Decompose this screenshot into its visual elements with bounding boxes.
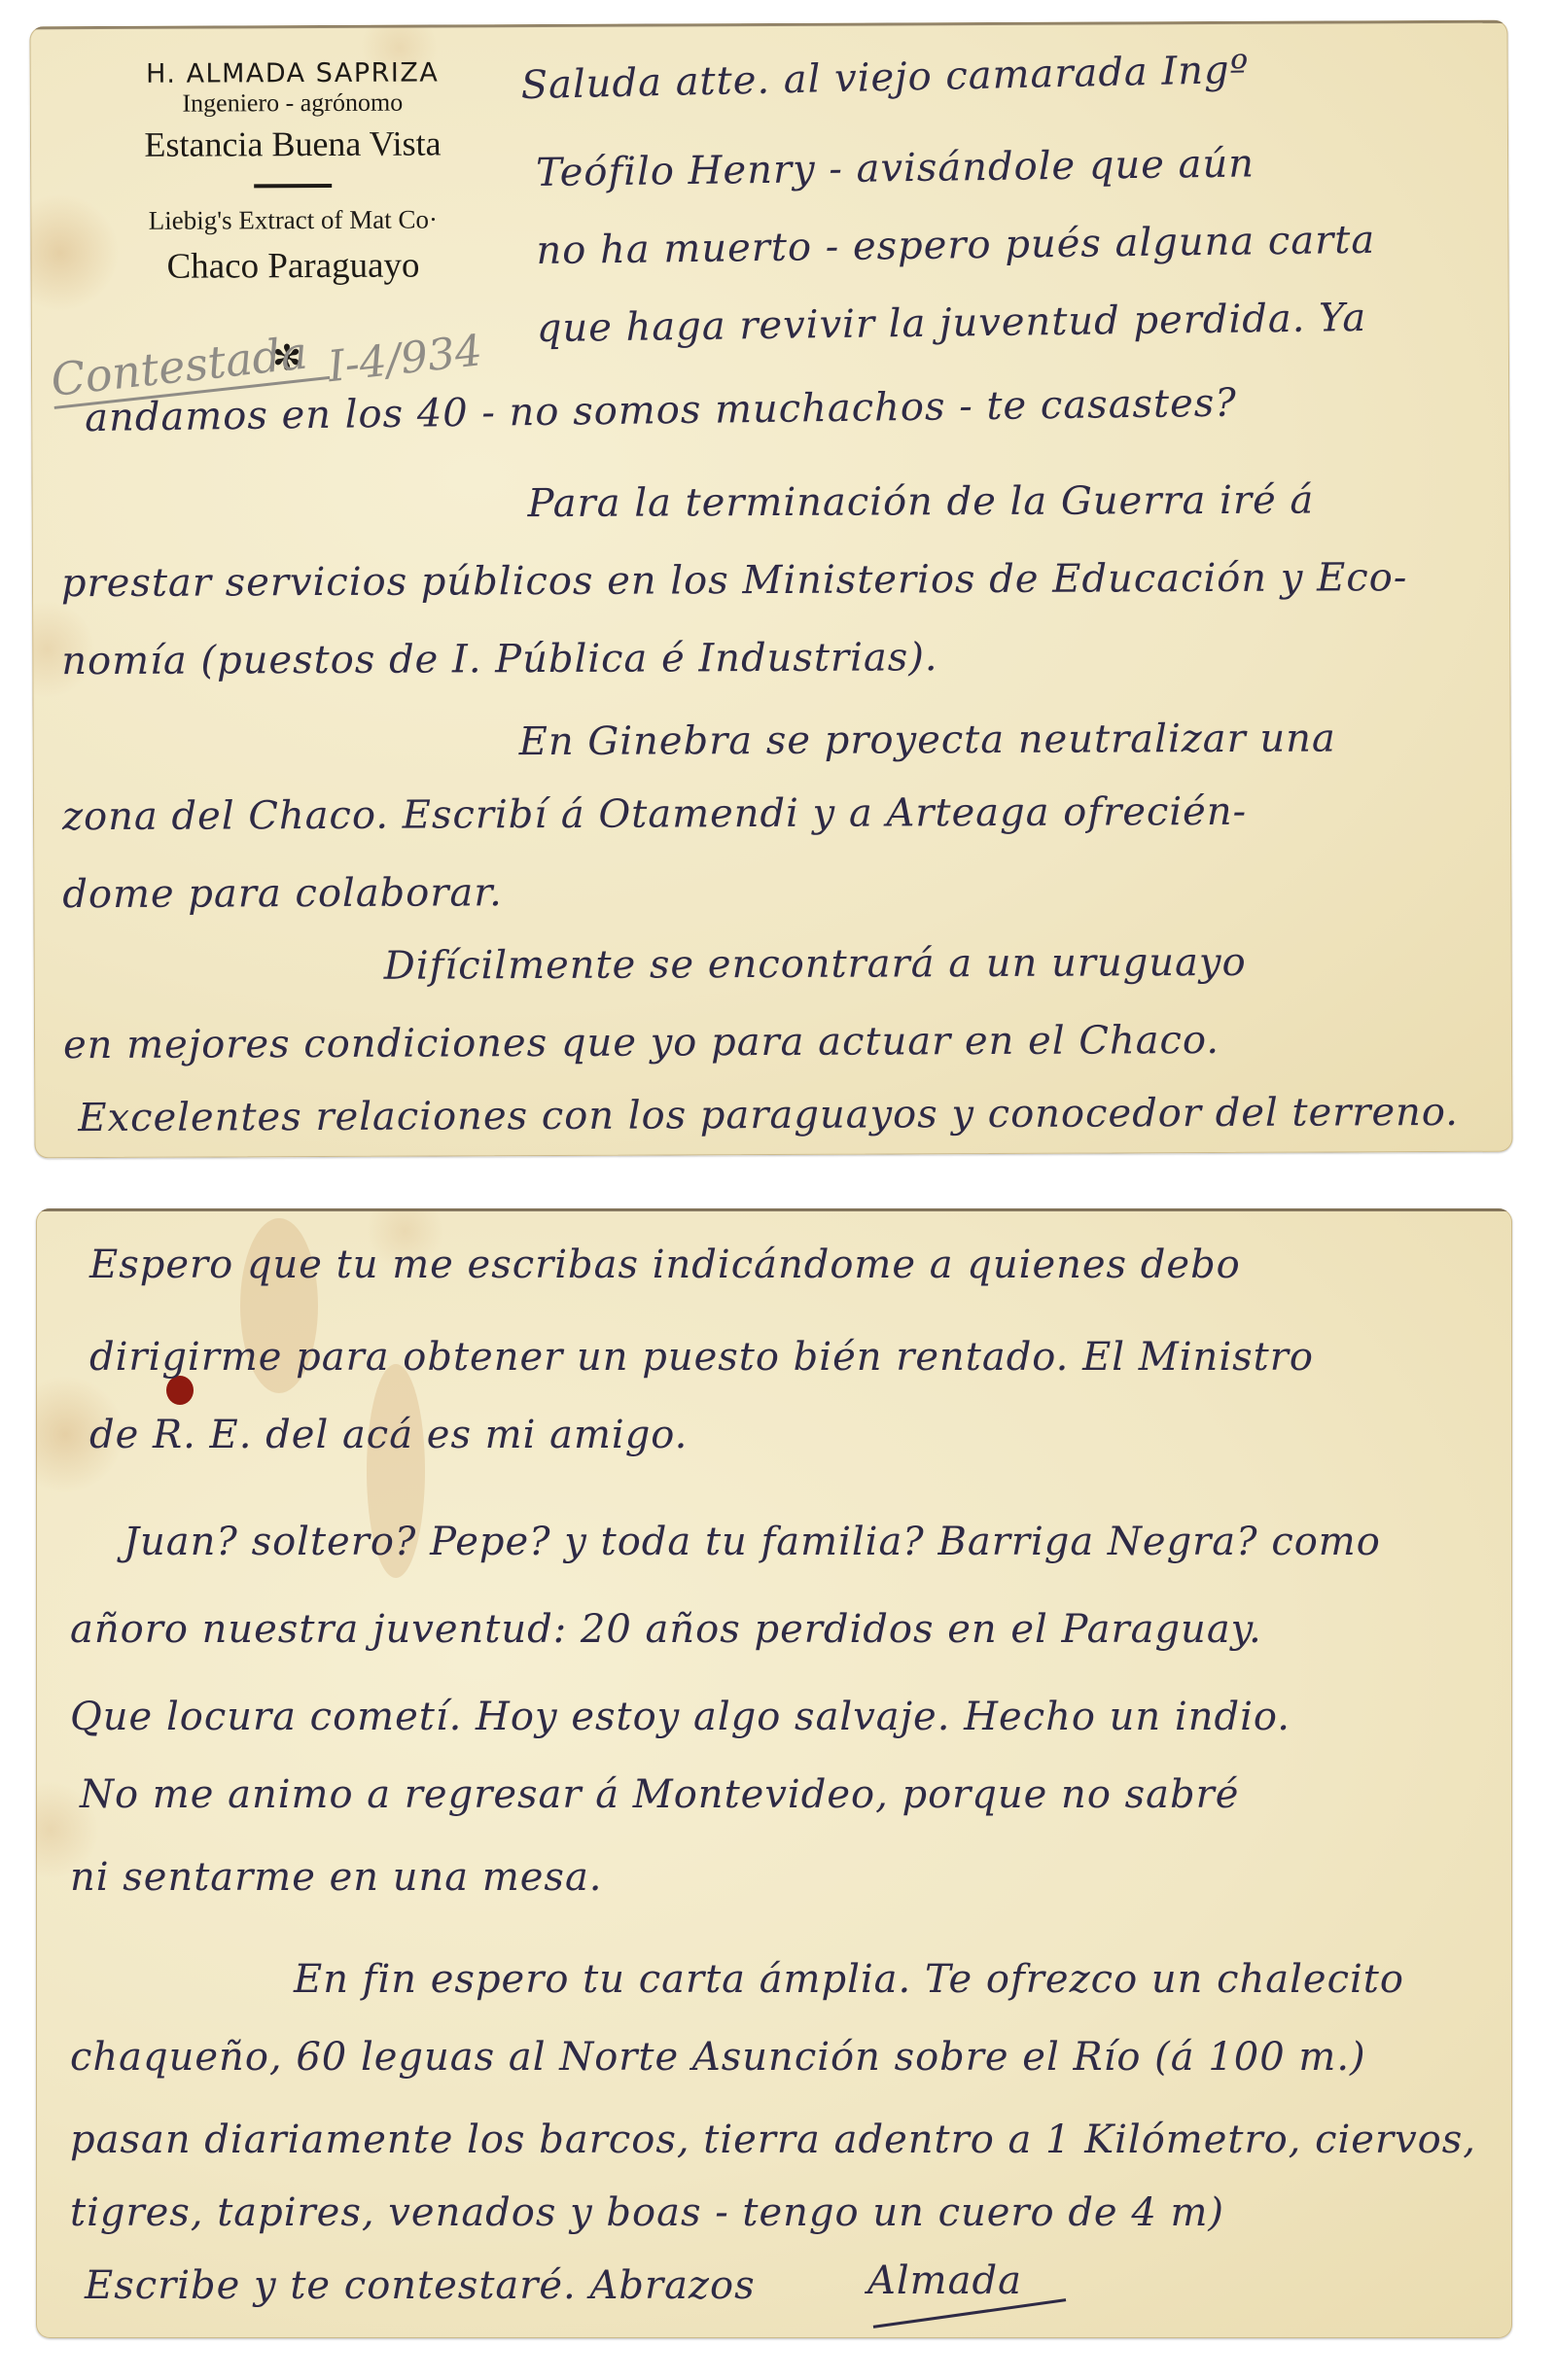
ink-blot	[166, 1376, 194, 1405]
handwritten-line: Escribe y te contestaré. Abrazos	[85, 2263, 756, 2308]
handwritten-line: En fin espero tu carta ámplia. Te ofrezc…	[294, 1957, 1404, 2002]
handwritten-line: nomía (puestos de I. Pública é Industria…	[61, 635, 937, 683]
handwritten-line: No me animo a regresar á Montevideo, por…	[80, 1772, 1239, 1817]
letterhead-company: Liebig's Extract of Mat Co·	[79, 204, 507, 236]
handwritten-line: Que locura cometí. Hoy estoy algo salvaj…	[70, 1695, 1291, 1739]
handwritten-line: dirigirme para obtener un puesto bién re…	[89, 1335, 1314, 1380]
handwritten-line: pasan diariamente los barcos, tierra ade…	[70, 2117, 1476, 2162]
handwritten-line: en mejores condiciones que yo para actua…	[63, 1018, 1220, 1067]
letterhead-name: H. ALMADA SAPRIZA	[79, 57, 507, 89]
signature: Almada	[867, 2258, 1022, 2303]
handwritten-line: En Ginebra se proyecta neutralizar una	[519, 716, 1336, 764]
handwritten-line: andamos en los 40 - no somos muchachos -…	[85, 381, 1237, 441]
handwritten-line: Espero que tu me escribas indicándome a …	[89, 1242, 1241, 1287]
handwritten-line: Difícilmente se encontrará a un uruguayo	[384, 940, 1247, 989]
letterhead-title: Ingeniero - agrónomo	[79, 87, 507, 119]
pencil-note-date: I-4/934	[326, 326, 485, 392]
handwritten-line: Para la terminación de la Guerra iré á	[528, 478, 1315, 527]
letterhead-region: Chaco Paraguayo	[79, 244, 507, 288]
letterhead-divider	[254, 184, 332, 188]
postcard-front: H. ALMADA SAPRIZA Ingeniero - agrónomo E…	[29, 20, 1512, 1159]
handwritten-line: zona del Chaco. Escribí á Otamendi y a A…	[62, 789, 1247, 839]
handwritten-line: Excelentes relaciones con los paraguayos…	[78, 1090, 1459, 1140]
handwritten-line: tigres, tapires, venados y boas - tengo …	[70, 2190, 1224, 2235]
postcard-back: Espero que tu me escribas indicándome a …	[36, 1208, 1512, 2338]
handwritten-line: no ha muerto - espero pués alguna carta	[536, 218, 1375, 273]
handwritten-line: Saluda atte. al viejo camarada Ingº	[520, 48, 1250, 108]
letterhead-estancia: Estancia Buena Vista	[79, 122, 507, 165]
handwritten-line: que haga revivir la juventud perdida. Ya	[537, 296, 1367, 351]
handwritten-line: añoro nuestra juventud: 20 años perdidos…	[70, 1607, 1262, 1652]
handwritten-line: dome para colaborar.	[62, 870, 503, 917]
handwritten-line: chaqueño, 60 leguas al Norte Asunción so…	[70, 2035, 1366, 2080]
handwritten-line: de R. E. del acá es mi amigo.	[89, 1413, 688, 1457]
handwritten-line: ni sentarme en una mesa.	[70, 1855, 603, 1900]
handwritten-line: Teófilo Henry - avisándole que aún	[536, 141, 1255, 195]
letterhead: H. ALMADA SAPRIZA Ingeniero - agrónomo E…	[79, 53, 508, 288]
handwritten-line: Juan? soltero? Pepe? y toda tu familia? …	[124, 1520, 1381, 1564]
handwritten-line: prestar servicios públicos en los Minist…	[61, 555, 1408, 606]
